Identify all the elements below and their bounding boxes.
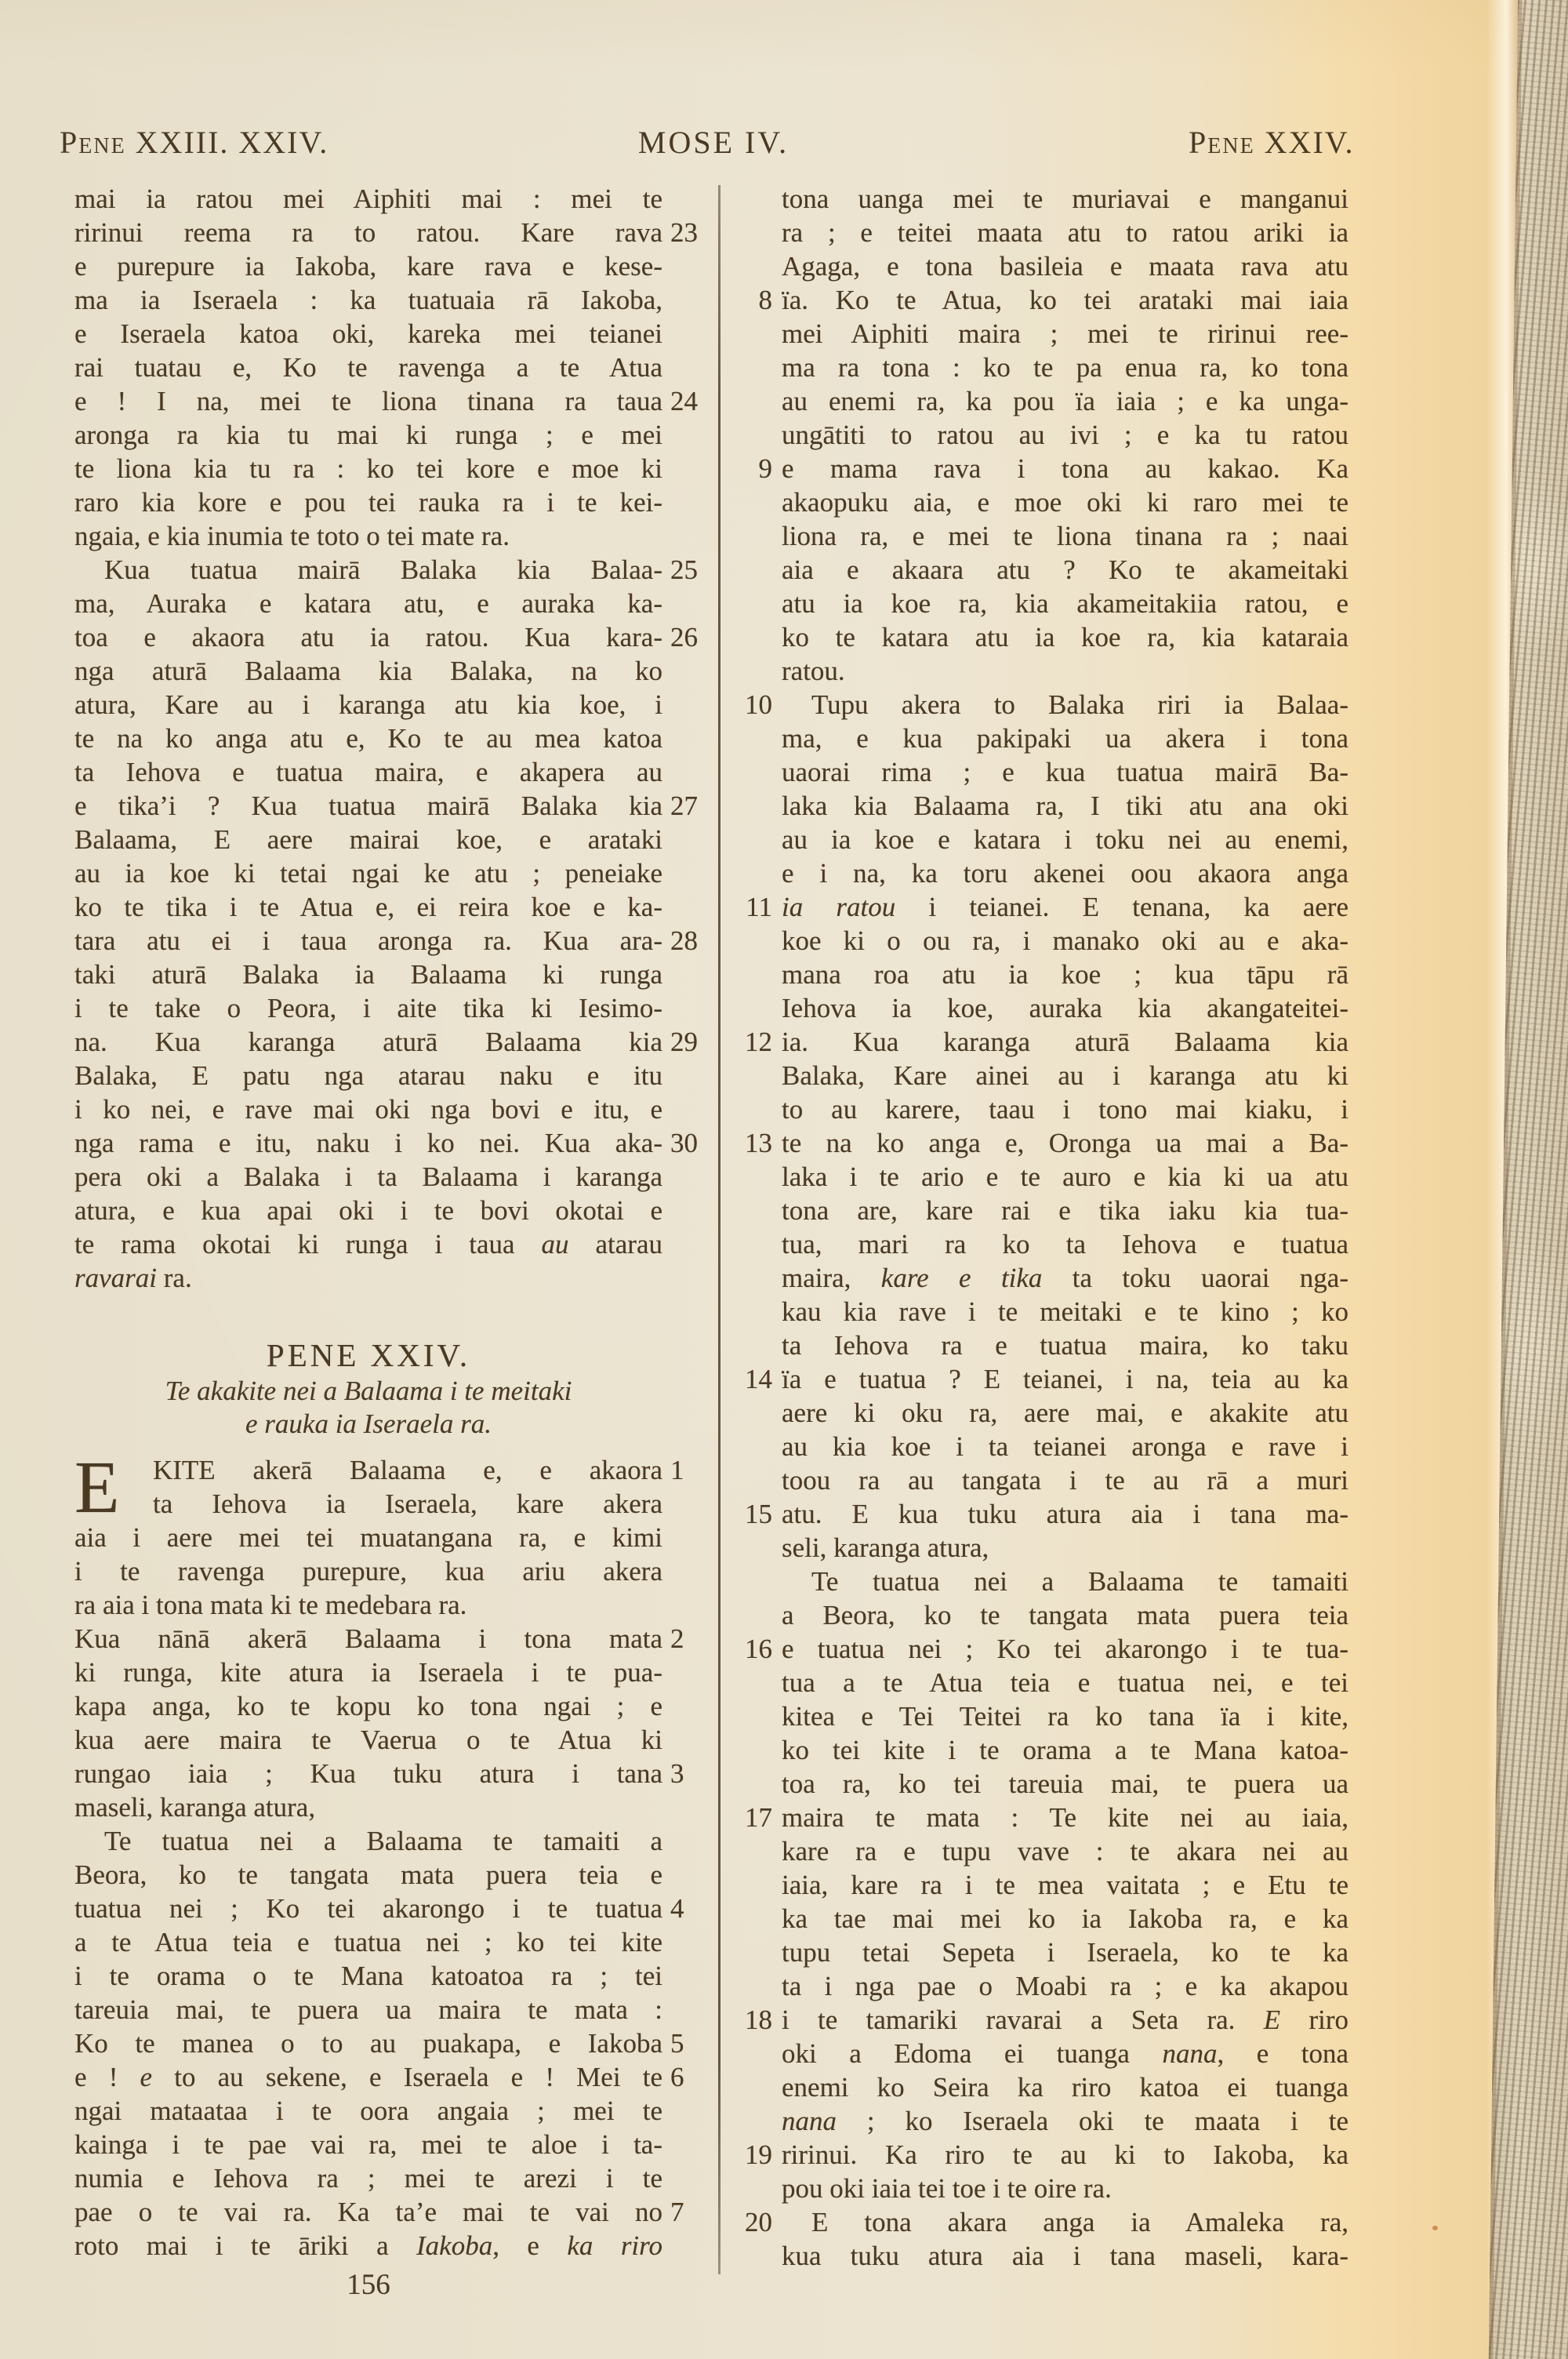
text-line: maseli, karanga atura, [74, 1790, 662, 1824]
text-line: te na ko anga e, Oronga ua mai a Ba-13 [782, 1126, 1348, 1160]
text-line: roto mai i te āriki a Iakoba, e ka riro [74, 2229, 662, 2263]
text-line: atu ia koe ra, kia akameitakiia ratou, e [782, 587, 1348, 620]
text-line: kua aere maira te Vaerua o te Atua ki [74, 1723, 662, 1757]
text-line: au enemi ra, ka pou ïa iaia ; e ka unga- [782, 384, 1348, 418]
verse-number: 20 [745, 2205, 772, 2239]
book-page-scan: Pene XXIII. XXIV. MOSE IV. Pene XXIV. ma… [0, 0, 1568, 2359]
text-line: Agaga, e tona basileia e maata rava atu [782, 249, 1348, 283]
text-line: ma ia Iseraela : ka tuatuaia rā Iakoba, [74, 283, 662, 317]
verse-number: 5 [670, 2026, 684, 2060]
text-line: te na ko anga atu e, Ko te au mea katoa [74, 722, 662, 755]
text-line: ungātiti to ratou au ivi ; e ka tu ratou [782, 418, 1348, 452]
text-line: Beora, ko te tangata mata puera teia e [74, 1858, 662, 1892]
verse-number: 6 [670, 2060, 684, 2094]
text-line: aere ki oku ra, aere mai, e akakite atu [782, 1396, 1348, 1430]
text-line: liona ra, e mei te liona tinana ra ; naa… [782, 519, 1348, 553]
verse-number: 9 [759, 452, 773, 485]
text-line: EKITE akerā Balaama e, e akaora1 [74, 1453, 662, 1487]
text-line: to au karere, taau i tono mai kiaku, i [782, 1092, 1348, 1126]
text-line: ia. Kua karanga aturā Balaama kia12 [782, 1025, 1348, 1059]
text-line: ko te katara atu ia koe ra, kia kataraia [782, 620, 1348, 654]
chapter-subtitle: e rauka ia Iseraela ra. [74, 1408, 662, 1441]
text-line: ki runga, kite atura ia Iseraela i te pu… [74, 1656, 662, 1689]
verse-number: 10 [745, 688, 772, 722]
text-line: au ia koe ki tetai ngai ke atu ; peneiak… [74, 856, 662, 890]
text-line: tareuia mai, te puera ua maira te mata : [74, 1993, 662, 2026]
verse-number: 11 [746, 890, 772, 924]
text-line: Kua nānā akerā Balaama i tona mata2 [74, 1622, 662, 1656]
text-line: e purepure ia Iakoba, kare rava e kese- [74, 249, 662, 283]
text-line: rai tuatau e, Ko te ravenga a te Atua [74, 351, 662, 384]
text-line: tona uanga mei te muriavai e manganui [782, 182, 1348, 216]
text-line: kapa anga, ko te kopu ko tona ngai ; e [74, 1689, 662, 1723]
page-number: 156 [74, 2268, 662, 2302]
text-line: tua, mari ra ko ta Iehova e tuatua [782, 1227, 1348, 1261]
text-line: i ko nei, e rave mai oki nga bovi e itu,… [74, 1092, 662, 1126]
text-line: ka tae mai mei ko ia Iakoba ra, e ka [782, 1902, 1348, 1936]
text-line: maira, kare e tika ta toku uaorai nga- [782, 1261, 1348, 1295]
text-line: Tupu akera to Balaka riri ia Balaa-10 [782, 688, 1348, 722]
text-line: ïa e tuatua ? E teianei, i na, teia au k… [782, 1362, 1348, 1396]
text-line: nga rama e itu, naku i ko nei. Kua aka-3… [74, 1126, 662, 1160]
verse-number: 27 [670, 789, 698, 823]
text-line: maira te mata : Te kite nei au iaia,17 [782, 1801, 1348, 1834]
text-line: atura, Kare au i karanga atu kia koe, i [74, 688, 662, 722]
text-line: Balaka, Kare ainei au i karanga atu ki [782, 1059, 1348, 1092]
text-line: e mama rava i tona au kakao. Ka9 [782, 452, 1348, 485]
running-head-right: Pene XXIV. [1189, 124, 1355, 161]
text-line: ta i nga pae o Moabi ra ; e ka akapou [782, 1969, 1348, 2003]
verse-number: 28 [670, 924, 698, 958]
paper-speck [1432, 2226, 1438, 2230]
text-line: ko tei kite i te orama a te Mana katoa- [782, 1733, 1348, 1767]
text-line: kua tuku atura aia i tana maseli, kara- [782, 2239, 1348, 2273]
verse-number: 14 [745, 1362, 772, 1396]
text-line: te rama okotai ki runga i taua au atarau [74, 1227, 662, 1261]
text-line: Balaka, E patu nga atarau naku e itu [74, 1059, 662, 1092]
verse-number: 1 [670, 1453, 684, 1487]
text-line: kare ra e tupu vave : te akara nei au [782, 1834, 1348, 1868]
text-line: uaorai rima ; e kua tuatua mairā Ba- [782, 755, 1348, 789]
text-line: e ! I na, mei te liona tinana ra taua24 [74, 384, 662, 418]
verse-number: 12 [745, 1025, 772, 1059]
text-line: i te tamariki ravarai a Seta ra. E riro1… [782, 2003, 1348, 2037]
text-line: ma, e kua pakipaki ua akera i tona [782, 722, 1348, 755]
text-line: koe ki o ou ra, i manako oki au e aka- [782, 924, 1348, 958]
text-line: kitea e Tei Teitei ra ko tana ïa i kite, [782, 1699, 1348, 1733]
verse-number: 3 [670, 1757, 684, 1790]
text-line: kau kia rave i te meitaki e te kino ; ko [782, 1295, 1348, 1329]
text-line: Te tuatua nei a Balaama te tamaiti a [74, 1824, 662, 1858]
text-line: mana roa atu ia koe ; kua tāpu rā [782, 958, 1348, 991]
text-line: pera oki a Balaka i ta Balaama i karanga [74, 1160, 662, 1194]
text-line: i te ravenga purepure, kua ariu akera [74, 1554, 662, 1588]
text-line: laka kia Balaama ra, I tiki atu ana oki [782, 789, 1348, 823]
text-line: ririnui. Ka riro te au ki to Iakoba, ka1… [782, 2138, 1348, 2172]
text-line: seli, karanga atura, [782, 1531, 1348, 1565]
text-line: atura, e kua apai oki i te bovi okotai e [74, 1194, 662, 1227]
text-line: au kia koe i ta teianei aronga e rave i [782, 1430, 1348, 1463]
text-line: ta Iehova e tuatua maira, e akapera au [74, 755, 662, 789]
text-line: ta Iehova ra e tuatua maira, ko taku [782, 1329, 1348, 1362]
text-line: toou ra au tangata i te au rā a muri [782, 1463, 1348, 1497]
text-line: a Beora, ko te tangata mata puera teia [782, 1598, 1348, 1632]
text-line: i te take o Peora, i aite tika ki Iesimo… [74, 991, 662, 1025]
text-line: pae o te vai ra. Ka ta’e mai te vai no7 [74, 2195, 662, 2229]
chapter-heading: PENE XXIV. [74, 1336, 662, 1375]
text-line: taki aturā Balaka ia Balaama ki runga [74, 958, 662, 991]
text-line: ko te tika i te Atua e, ei reira koe e k… [74, 890, 662, 924]
text-line: tua a te Atua teia e tuatua nei, e tei [782, 1666, 1348, 1699]
text-line: na. Kua karanga aturā Balaama kia29 [74, 1025, 662, 1059]
running-head-center: MOSE IV. [74, 124, 1352, 161]
verse-number: 2 [670, 1622, 684, 1656]
verse-number: 13 [745, 1126, 772, 1160]
verse-number: 15 [745, 1497, 772, 1531]
text-line: akaopuku aia, e moe oki ki raro mei te [782, 485, 1348, 519]
text-line: ma ra tona : ko te pa enua ra, ko tona [782, 351, 1348, 384]
verse-number: 19 [745, 2138, 772, 2172]
text-line: kainga i te pae vai ra, mei te aloe i ta… [74, 2128, 662, 2161]
text-line: tupu tetai Sepeta i Iseraela, ko te ka [782, 1936, 1348, 1969]
text-line: e tuatua nei ; Ko tei akarongo i te tua-… [782, 1632, 1348, 1666]
text-line: aia e akaara atu ? Ko te akameitaki [782, 553, 1348, 587]
text-line: tuatua nei ; Ko tei akarongo i te tuatua… [74, 1892, 662, 1925]
text-line: ngaia, e kia inumia te toto o tei mate r… [74, 519, 662, 553]
text-line: a te Atua teia e tuatua nei ; ko tei kit… [74, 1925, 662, 1959]
text-line: ratou. [782, 654, 1348, 688]
verse-number: 7 [670, 2195, 684, 2229]
text-line: e ! e to au sekene, e Iseraela e ! Mei t… [74, 2060, 662, 2094]
verse-number: 8 [759, 283, 773, 317]
chapter-subtitle: Te akakite nei a Balaama i te meitaki [74, 1375, 662, 1408]
text-line: ïa. Ko te Atua, ko tei arataki mai iaia8 [782, 283, 1348, 317]
text-line: ra aia i tona mata ki te medebara ra. [74, 1588, 662, 1622]
text-line: ra ; e teitei maata atu to ratou ariki i… [782, 216, 1348, 249]
text-line: e i na, ka toru akenei oou akaora anga [782, 856, 1348, 890]
text-line: mai ia ratou mei Aiphiti mai : mei te [74, 182, 662, 216]
text-line: laka i te ario e te auro e kia ki ua atu [782, 1160, 1348, 1194]
text-line: Balaama, E aere mairai koe, e arataki [74, 823, 662, 856]
text-line: ia ratou i teianei. E tenana, ka aere11 [782, 890, 1348, 924]
text-line: iaia, kare ra i te mea vaitata ; e Etu t… [782, 1868, 1348, 1902]
text-line: ravarai ra. [74, 1261, 662, 1295]
text-line: raro kia kore e pou tei rauka ra i te ke… [74, 485, 662, 519]
text-line: aia i aere mei tei muatangana ra, e kimi [74, 1521, 662, 1554]
text-line: E tona akara anga ia Amaleka ra,20 [782, 2205, 1348, 2239]
text-line: aronga ra kia tu mai ki runga ; e mei [74, 418, 662, 452]
text-line: e Iseraela katoa oki, kareka mei teianei [74, 317, 662, 351]
book-fore-edge [1482, 0, 1568, 2359]
verse-number: 23 [670, 216, 698, 249]
text-line: oki a Edoma ei tuanga nana, e tona [782, 2037, 1348, 2070]
text-line: au ia koe e katara i toku nei au enemi, [782, 823, 1348, 856]
text-line: i te orama o te Mana katoatoa ra ; tei [74, 1959, 662, 1993]
verse-number: 30 [670, 1126, 698, 1160]
text-line: enemi ko Seira ka riro katoa ei tuanga [782, 2070, 1348, 2104]
verse-number: 18 [745, 2003, 772, 2037]
text-line: toa e akaora atu ia ratou. Kua kara-26 [74, 620, 662, 654]
text-line: nga aturā Balaama kia Balaka, na ko [74, 654, 662, 688]
text-line: tara atu ei i taua aronga ra. Kua ara-28 [74, 924, 662, 958]
text-line: tona are, kare rai e tika iaku kia tua- [782, 1194, 1348, 1227]
right-column: tona uanga mei te muriavai e manganuira … [782, 182, 1348, 2273]
text-line: Iehova ia koe, auraka kia akangateitei- [782, 991, 1348, 1025]
text-line: mei Aiphiti maira ; mei te ririnui ree- [782, 317, 1348, 351]
text-line: nana ; ko Iseraela oki te maata i te [782, 2104, 1348, 2138]
left-column: mai ia ratou mei Aiphiti mai : mei terir… [74, 182, 662, 2263]
verse-number: 17 [745, 1801, 772, 1834]
verse-number: 29 [670, 1025, 698, 1059]
text-line: te liona kia tu ra : ko tei kore e moe k… [74, 452, 662, 485]
text-line: rungao iaia ; Kua tuku atura i tana3 [74, 1757, 662, 1790]
text-line: toa ra, ko tei tareuia mai, te puera ua [782, 1767, 1348, 1801]
verse-number: 4 [670, 1892, 684, 1925]
verse-number: 24 [670, 384, 698, 418]
text-line: numia e Iehova ra ; mei te arezi i te [74, 2161, 662, 2195]
column-divider [718, 185, 720, 2274]
text-line: ma, Auraka e katara atu, e auraka ka- [74, 587, 662, 620]
verse-number: 25 [670, 553, 698, 587]
text-line: pou oki iaia tei toe i te oire ra. [782, 2172, 1348, 2205]
text-line: Te tuatua nei a Balaama te tamaiti [782, 1565, 1348, 1598]
text-line: atu. E kua tuku atura aia i tana ma-15 [782, 1497, 1348, 1531]
text-line: ta Iehova ia Iseraela, kare akera [74, 1487, 662, 1521]
verse-number: 26 [670, 620, 698, 654]
text-line: ririnui reema ra to ratou. Kare rava23 [74, 216, 662, 249]
text-line: e tika’i ? Kua tuatua mairā Balaka kia27 [74, 789, 662, 823]
text-line: ngai mataataa i te oora angaia ; mei te [74, 2094, 662, 2128]
verse-number: 16 [745, 1632, 772, 1666]
text-line: Kua tuatua mairā Balaka kia Balaa-25 [74, 553, 662, 587]
text-line: Ko te manea o to au puakapa, e Iakoba5 [74, 2026, 662, 2060]
